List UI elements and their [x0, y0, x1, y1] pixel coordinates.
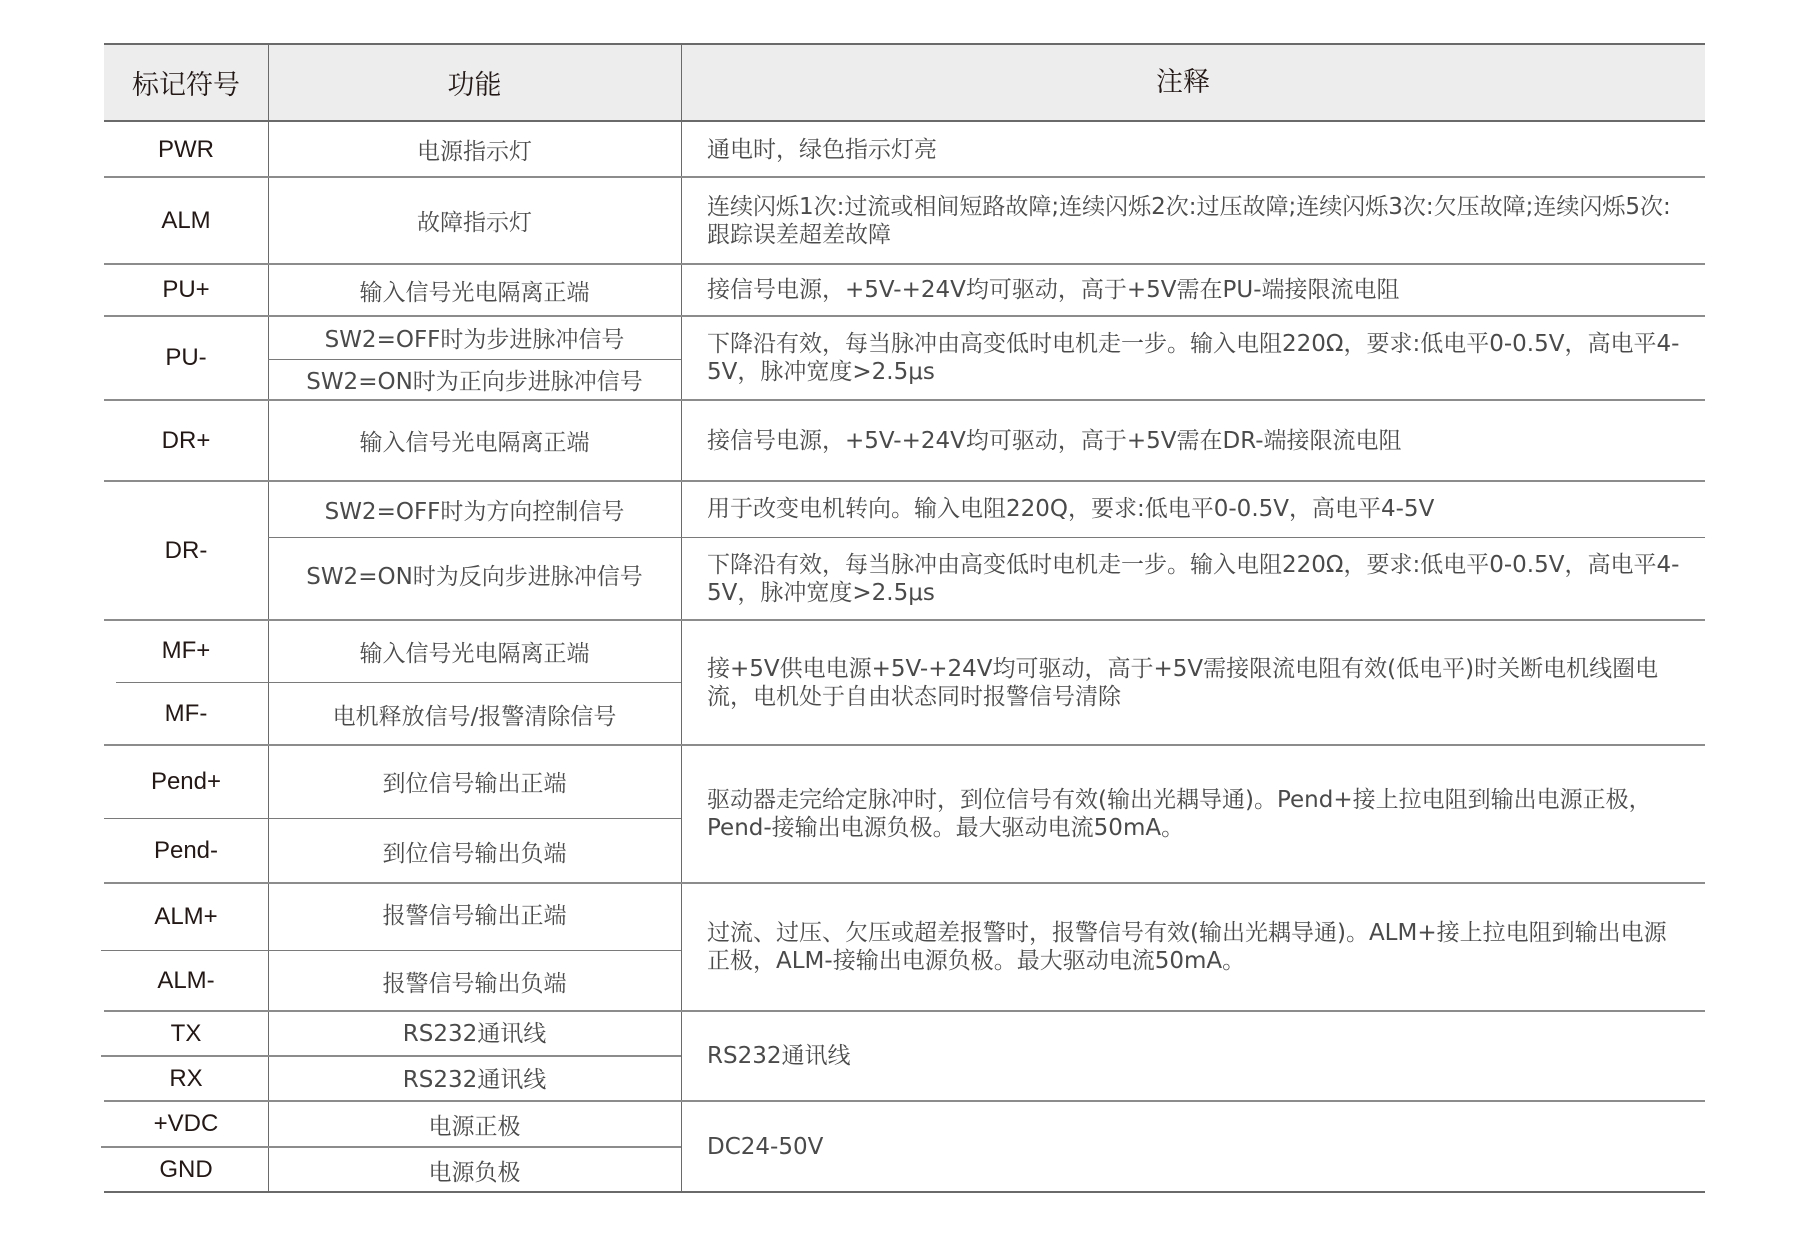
function-alm-minus: 报警信号输出负端	[268, 951, 681, 1011]
function-pend-plus: 到位信号输出正端	[268, 745, 681, 818]
note-mf: 接+5V供电电源+5V-+24V均可驱动，高于+5V需接限流电阻有效(低电平)时…	[681, 620, 1705, 745]
symbol-pend-minus: Pend-	[104, 819, 268, 883]
symbol-gnd: GND	[104, 1148, 268, 1192]
function-gnd: 电源负极	[268, 1148, 681, 1192]
note-dr-plus: 接信号电源，+5V-+24V均可驱动，高于+5V需在DR-端接限流电阻	[681, 400, 1705, 481]
function-rx: RS232通讯线	[268, 1057, 681, 1097]
function-pu-plus: 输入信号光电隔离正端	[268, 264, 681, 316]
table-header: 标记符号 功能 注释	[104, 43, 1705, 122]
symbol-alm: ALM	[104, 177, 268, 264]
header-symbol: 标记符号	[104, 45, 268, 120]
note-pu-plus: 接信号电源，+5V-+24V均可驱动，高于+5V需在PU-端接限流电阻	[681, 264, 1705, 316]
symbol-pend-plus: Pend+	[104, 745, 268, 818]
function-dr-minus-on: SW2=ON时为反向步进脉冲信号	[268, 538, 681, 620]
symbol-rx: RX	[104, 1057, 268, 1101]
function-dr-plus: 输入信号光电隔离正端	[268, 400, 681, 481]
symbol-mf-minus: MF-	[104, 683, 268, 745]
symbol-pwr: PWR	[104, 122, 268, 177]
function-mf-plus: 输入信号光电隔离正端	[268, 620, 681, 682]
symbol-pu-plus: PU+	[104, 264, 268, 316]
note-dr-minus-off: 用于改变电机转向。输入电阻220Q，要求:低电平0-0.5V，高电平4-5V	[681, 481, 1705, 537]
function-dr-minus-off: SW2=OFF时为方向控制信号	[268, 481, 681, 537]
function-pu-minus-off: SW2=OFF时为步进脉冲信号	[268, 316, 681, 359]
function-vdc: 电源正极	[268, 1101, 681, 1147]
note-alm: 连续闪烁1次:过流或相间短路故障;连续闪烁2次:过压故障;连续闪烁3次:欠压故障…	[681, 177, 1705, 264]
note-pwr: 通电时，绿色指示灯亮	[681, 122, 1705, 177]
function-alm-plus: 报警信号输出正端	[268, 883, 681, 943]
function-pu-minus-on: SW2=ON时为正向步进脉冲信号	[268, 359, 681, 400]
function-mf-minus: 电机释放信号/报警清除信号	[268, 683, 681, 745]
header-function: 功能	[268, 45, 681, 120]
note-dr-minus-on: 下降沿有效，每当脉冲由高变低时电机走一步。输入电阻220Ω，要求:低电平0-0.…	[681, 538, 1705, 620]
symbol-tx: TX	[104, 1011, 268, 1056]
table-bottom-border	[104, 1191, 1705, 1193]
symbol-pu-minus: PU-	[104, 316, 268, 400]
symbol-dr-plus: DR+	[104, 400, 268, 481]
note-power: DC24-50V	[681, 1101, 1705, 1192]
note-alm-output: 过流、过压、欠压或超差报警时，报警信号有效(输出光耦导通)。ALM+接上拉电阻到…	[681, 883, 1705, 1011]
symbol-dr-minus: DR-	[104, 481, 268, 620]
note-pu-minus: 下降沿有效，每当脉冲由高变低时电机走一步。输入电阻220Ω，要求:低电平0-0.…	[681, 316, 1705, 400]
function-pend-minus: 到位信号输出负端	[268, 819, 681, 883]
note-pend: 驱动器走完给定脉冲时，到位信号有效(输出光耦导通)。Pend+接上拉电阻到输出电…	[681, 745, 1705, 883]
symbol-alm-minus: ALM-	[104, 951, 268, 1011]
function-alm: 故障指示灯	[268, 177, 681, 264]
note-rs232: RS232通讯线	[681, 1011, 1705, 1101]
symbol-alm-plus: ALM+	[104, 883, 268, 950]
function-tx: RS232通讯线	[268, 1011, 681, 1051]
function-pwr: 电源指示灯	[268, 122, 681, 177]
symbol-mf-plus: MF+	[104, 620, 268, 682]
symbol-vdc: +VDC	[104, 1101, 268, 1147]
header-notes: 注释	[681, 45, 1705, 120]
